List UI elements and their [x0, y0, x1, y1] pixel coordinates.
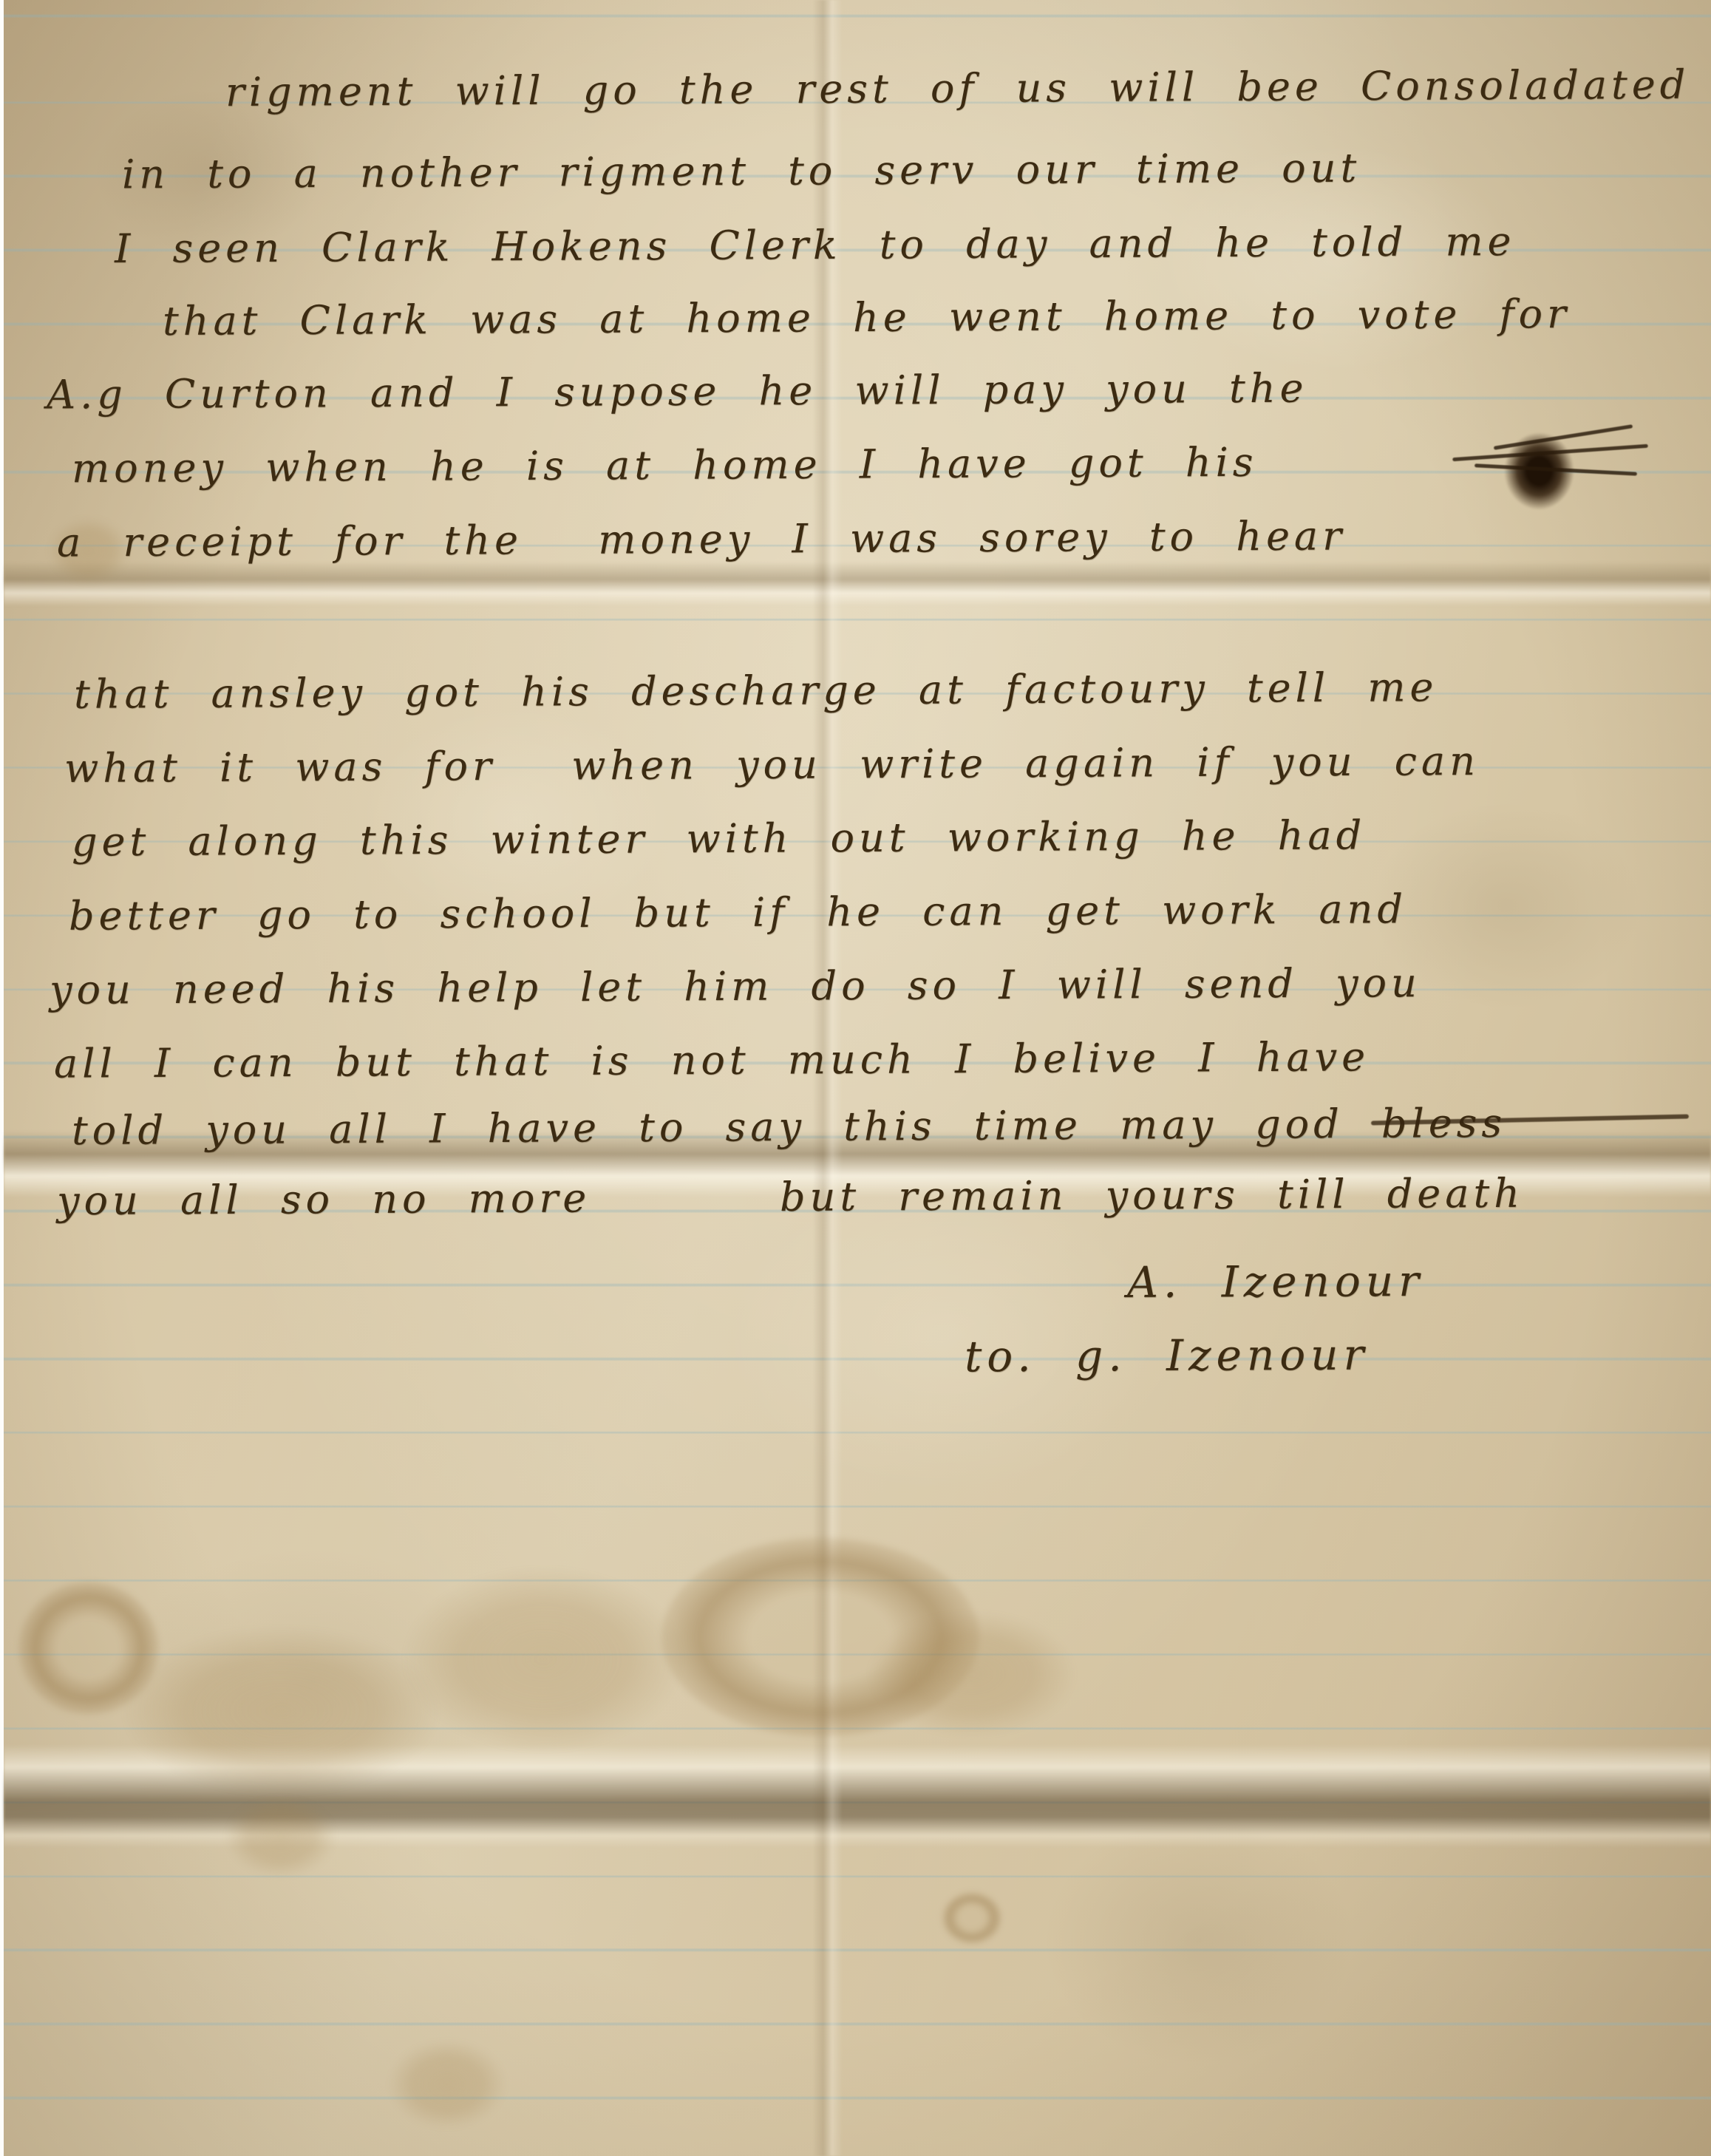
letter-line-9: what it was for when you write again if …: [64, 738, 1480, 792]
ink-scribble: [1452, 410, 1652, 521]
letter-line-5: A.g Curton and I supose he will pay you …: [47, 365, 1308, 418]
letter-line-1: rigment will go the rest of us will bee …: [225, 61, 1690, 115]
letter-line-14: told you all I have to say this time may…: [72, 1100, 1506, 1154]
letter-line-10: get along this winter with out working h…: [72, 812, 1366, 865]
letter-line-15: you all so no more but remain yours till…: [57, 1170, 1524, 1224]
letter-line-3: I seen Clark Hokens Clerk to day and he …: [115, 218, 1516, 272]
letter-line-12: you need his help let him do so I will s…: [50, 959, 1421, 1013]
stain-blob: [122, 1626, 440, 1796]
stain-blob: [403, 1567, 684, 1752]
letter-line-8: that ansley got his descharge at factour…: [74, 664, 1438, 718]
stain-blob: [868, 1611, 1075, 1737]
letter-line-13: all I can but that is not much I belive …: [54, 1033, 1370, 1086]
stain-blob: [225, 1796, 336, 1877]
letter-line-4: that Clark was at home he went home to v…: [163, 290, 1571, 344]
addressee-line: to. g. Izenour: [965, 1330, 1370, 1382]
letter-line-6: money when he is at home I have got his: [72, 439, 1258, 492]
letter-line-7: a receipt for the money I was sorey to h…: [57, 512, 1346, 565]
signature-line: A. Izenour: [1127, 1256, 1424, 1307]
stain-blob: [942, 1892, 1001, 1944]
stain-blob: [388, 2040, 506, 2129]
letter-page: rigment will go the rest of us will bee …: [4, 0, 1711, 2156]
letter-line-11: better go to school but if he can get wo…: [69, 885, 1407, 939]
letter-line-2: in to a nother rigment to serv our time …: [122, 145, 1361, 198]
